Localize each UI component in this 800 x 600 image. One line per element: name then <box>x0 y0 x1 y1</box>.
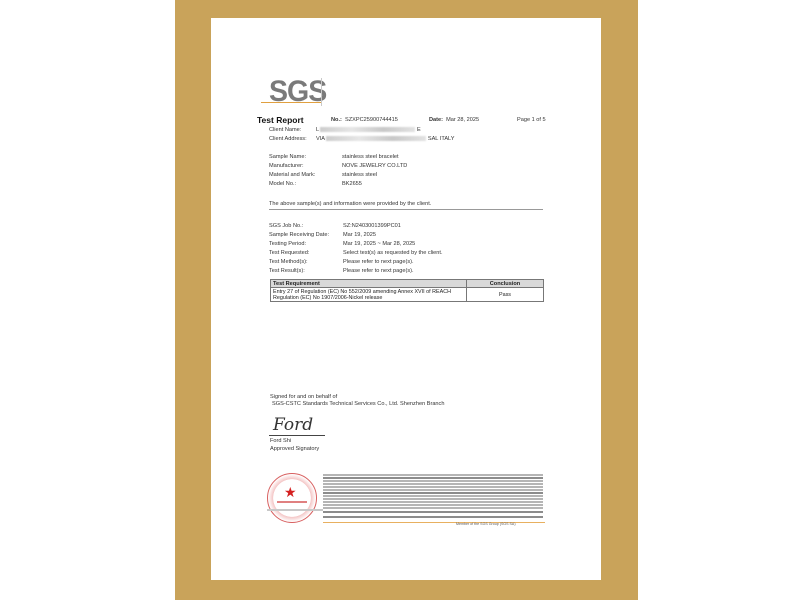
sample-value: stainless steel bracelet <box>342 154 399 160</box>
header-conclusion: Conclusion <box>467 280 544 288</box>
divider <box>269 209 543 210</box>
job-value: Please refer to next page(s). <box>343 259 414 265</box>
report-date-label: Date: <box>429 117 443 123</box>
logo-underline <box>261 102 321 103</box>
fine-print-line <box>323 492 543 494</box>
fine-print-line <box>323 504 543 506</box>
client-address-value: VIA SAL ITALY <box>316 136 454 142</box>
client-name-label: Client Name: <box>269 127 301 133</box>
job-value: Mar 19, 2025 ~ Mar 28, 2025 <box>343 241 415 247</box>
test-report-page: SGS Test Report No.: SZXPC25900744415 Da… <box>211 18 601 580</box>
sample-label: Manufacturer: <box>269 163 304 169</box>
client-name-value: L E <box>316 127 421 133</box>
sample-label: Material and Mark: <box>269 172 315 178</box>
sample-value: stainless steel <box>342 172 377 178</box>
client-address-suffix: SAL ITALY <box>428 136 455 142</box>
signed-on-behalf: Signed for and on behalf of <box>270 394 337 400</box>
fine-print-line <box>323 498 543 500</box>
client-address-label: Client Address: <box>269 136 307 142</box>
fine-print-line <box>323 501 543 503</box>
sample-label: Sample Name: <box>269 154 306 160</box>
provided-note: The above sample(s) and information were… <box>269 201 431 207</box>
job-label: Testing Period: <box>269 241 306 247</box>
job-value: Mar 19, 2025 <box>343 232 376 238</box>
address-line <box>323 511 543 513</box>
report-date-value: Mar 28, 2025 <box>446 117 479 123</box>
job-value: Please refer to next page(s). <box>343 268 414 274</box>
client-name-prefix: L <box>316 127 319 133</box>
test-requirement-table: Test Requirement Conclusion Entry 27 of … <box>270 279 544 302</box>
fine-print-line <box>323 483 543 485</box>
page-indicator: Page 1 of 5 <box>517 117 546 123</box>
table-row: Entry 27 of Regulation (EC) No 552/2009 … <box>271 288 544 302</box>
job-label: Sample Receiving Date: <box>269 232 329 238</box>
signature-line <box>269 435 325 436</box>
job-value: SZ:N2403001399PC01 <box>343 223 401 229</box>
requirement-cell: Entry 27 of Regulation (EC) No 552/2009 … <box>271 288 467 302</box>
address-line <box>323 516 543 518</box>
job-label: Test Method(s): <box>269 259 308 265</box>
signing-entity: SGS-CSTC Standards Technical Services Co… <box>272 401 444 407</box>
report-number: No.: SZXPC25900744415 <box>331 117 398 123</box>
job-label: Test Requested: <box>269 250 309 256</box>
report-title: Test Report <box>257 115 304 125</box>
fine-print-line <box>323 474 543 476</box>
fine-print-line <box>323 495 543 497</box>
report-number-value: SZXPC25900744415 <box>345 117 398 123</box>
fine-print-line <box>323 489 543 491</box>
seal-caption <box>267 509 323 511</box>
job-value: Select test(s) as requested by the clien… <box>343 250 443 256</box>
client-name-suffix: E <box>417 127 421 133</box>
sample-value: BK2655 <box>342 181 362 187</box>
client-address-prefix: VIA <box>316 136 325 142</box>
signatory-title: Approved Signatory <box>270 446 319 452</box>
table-header-row: Test Requirement Conclusion <box>271 280 544 288</box>
report-number-label: No.: <box>331 117 342 123</box>
fine-print-line <box>323 486 543 488</box>
sgs-logo: SGS <box>269 75 326 109</box>
seal-text <box>277 501 307 503</box>
star-icon: ★ <box>284 484 297 501</box>
job-label: Test Result(s): <box>269 268 305 274</box>
signatory-name: Ford Shi <box>270 438 291 444</box>
logo-divider <box>321 78 322 106</box>
header-test-requirement: Test Requirement <box>271 280 467 288</box>
handwritten-signature: Ford <box>273 415 313 435</box>
redacted-client-address <box>326 136 426 141</box>
requirement-line-2: Regulation (EC) No 1907/2006-Nickel rele… <box>273 295 382 301</box>
sgs-group-member-note: Member of the SGS Group (SGS SA) <box>456 522 516 526</box>
fine-print-line <box>323 507 543 509</box>
report-date: Date: Mar 28, 2025 <box>429 117 479 123</box>
conclusion-cell: Pass <box>467 288 544 302</box>
fine-print-line <box>323 480 543 482</box>
redacted-client-name <box>320 127 415 132</box>
sample-label: Model No.: <box>269 181 296 187</box>
job-label: SGS Job No.: <box>269 223 303 229</box>
sample-value: NOVE JEWELRY CO.LTD <box>342 163 407 169</box>
fine-print-line <box>323 477 543 479</box>
